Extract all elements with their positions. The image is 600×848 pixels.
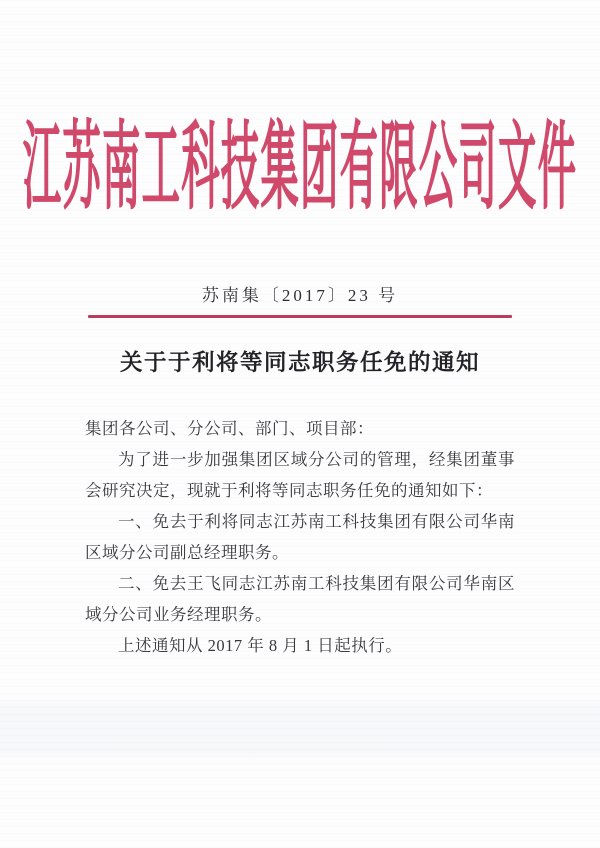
red-separator-rule xyxy=(88,315,512,318)
document-body: 集团各公司、分公司、部门、项目部： 为了进一步加强集团区域分公司的管理，经集团董… xyxy=(85,413,515,661)
scanned-document-page: 江苏南工科技集团有限公司文件 苏南集〔2017〕23 号 关于于利将等同志职务任… xyxy=(0,0,600,848)
paragraph-item-2: 二、免去王飞同志江苏南工科技集团有限公司华南区域分公司业务经理职务。 xyxy=(85,568,515,630)
letterhead-title-wrap: 江苏南工科技集团有限公司文件 xyxy=(0,0,600,214)
document-title: 关于于利将等同志职务任免的通知 xyxy=(0,349,600,376)
paragraph-effective-date: 上述通知从 2017 年 8 月 1 日起执行。 xyxy=(85,630,515,661)
paragraph-item-1: 一、免去于利将同志江苏南工科技集团有限公司华南区域分公司副总经理职务。 xyxy=(85,506,515,568)
salutation-line: 集团各公司、分公司、部门、项目部： xyxy=(85,413,515,444)
letterhead-title: 江苏南工科技集团有限公司文件 xyxy=(23,120,577,216)
letterhead: 江苏南工科技集团有限公司文件 苏南集〔2017〕23 号 xyxy=(0,0,600,318)
paragraph-intro: 为了进一步加强集团区域分公司的管理，经集团董事会研究决定，现就于利将等同志职务任… xyxy=(85,444,515,506)
document-number: 苏南集〔2017〕23 号 xyxy=(0,287,600,304)
